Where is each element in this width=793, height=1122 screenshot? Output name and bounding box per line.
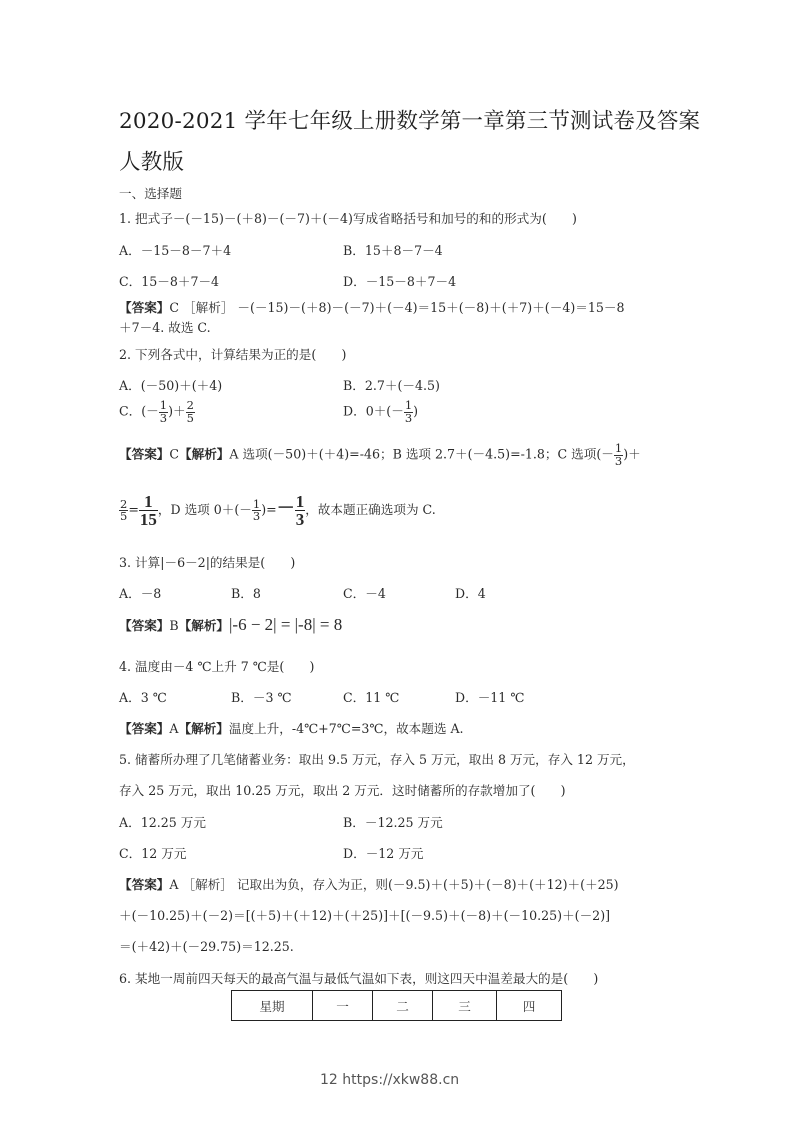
question-5-option-c: C．12 万元 xyxy=(119,843,186,862)
question-1-option-a: A．－15－8－7＋4 xyxy=(119,240,231,259)
question-number: 5. xyxy=(119,752,131,767)
fraction: 13 xyxy=(252,499,261,523)
answer-value: A xyxy=(169,877,178,892)
question-3-option-d: D．4 xyxy=(455,583,486,602)
answer-label: 【答案】 xyxy=(119,300,169,315)
table-cell: 三 xyxy=(433,991,497,1021)
page-footer: 12 https://xkw88.cn xyxy=(320,1072,459,1088)
question-4-option-b: B．－3 ℃ xyxy=(231,687,292,706)
analysis-label: ［解析］ xyxy=(183,877,233,892)
question-5-option-a: A．12.25 万元 xyxy=(119,812,206,831)
analysis-label: ［解析］ xyxy=(183,300,233,315)
question-2-option-a: A．(－50)＋(＋4) xyxy=(119,375,222,394)
question-3-stem: 3. 计算|－6－2|的结果是( ) xyxy=(119,552,295,571)
table-header-row: 星期 一 二 三 四 xyxy=(232,991,562,1021)
question-5-answer: 【答案】A ［解析］ 记取出为负，存入为正，则(－9.5)＋(＋5)＋(－8)＋… xyxy=(119,874,619,893)
document-title-line2: 人教版 xyxy=(119,145,184,176)
answer-value: C xyxy=(169,300,179,315)
question-1-option-d: D．－15－8＋7－4 xyxy=(343,271,456,290)
question-2-option-b: B．2.7＋(－4.5) xyxy=(343,375,440,394)
question-text: 温度由－4 ℃上升 7 ℃是( ) xyxy=(135,659,314,674)
question-5-option-d: D．－12 万元 xyxy=(343,843,424,862)
answer-value: B xyxy=(169,618,178,633)
question-3-option-c: C．－4 xyxy=(343,583,386,602)
question-5-stem: 5. 储蓄所办理了几笔储蓄业务：取出 9.5 万元，存入 5 万元，取出 8 万… xyxy=(119,749,635,768)
analysis-text: －(－15)－(＋8)－(－7)＋(－4)＝15＋(－8)＋(＋7)＋(－4)＝… xyxy=(237,300,624,315)
question-text: 计算|－6－2|的结果是( ) xyxy=(135,555,295,570)
analysis-text: A 选项(－50)＋(＋4)=-46；B 选项 2.7＋(－4.5)=-1.8；… xyxy=(229,447,613,462)
question-number: 2. xyxy=(119,347,131,362)
answer-label: 【答案】 xyxy=(119,721,169,736)
question-number: 6. xyxy=(119,971,131,986)
question-3-option-b: B．8 xyxy=(231,583,261,602)
table-cell: 四 xyxy=(497,991,562,1021)
question-text: 把式子－(－15)－(＋8)－(－7)＋(－4)写成省略括号和加号的和的形式为(… xyxy=(135,211,577,226)
fraction: 25 xyxy=(119,499,128,523)
question-text: 某地一周前四天每天的最高气温与最低气温如下表，则这四天中温差最大的是( ) xyxy=(135,971,598,986)
answer-label: 【答案】 xyxy=(119,877,169,892)
analysis-text: 温度上升，-4℃+7℃=3℃，故本题选 A. xyxy=(229,721,464,736)
section-heading: 一、选择题 xyxy=(119,183,182,202)
table-cell: 星期 xyxy=(232,991,313,1021)
question-3-option-a: A．－8 xyxy=(119,583,161,602)
question-1-answer: 【答案】C ［解析］ －(－15)－(＋8)－(－7)＋(－4)＝15＋(－8)… xyxy=(119,297,624,316)
analysis-label: 【解析】 xyxy=(179,618,229,633)
question-number: 4. xyxy=(119,659,131,674)
fraction: 13 xyxy=(404,400,413,424)
analysis-label: 【解析】 xyxy=(178,721,228,736)
question-5-analysis-line2: ＋(－10.25)＋(－2)＝[(＋5)＋(＋12)＋(＋25)]＋[(－9.5… xyxy=(119,905,610,924)
question-3-answer: 【答案】B【解析】|-6 − 2| = |-8| = 8 xyxy=(119,615,342,635)
answer-label: 【答案】 xyxy=(119,447,169,462)
fraction: 25 xyxy=(186,400,195,424)
question-5-stem-cont: 存入 25 万元，取出 10.25 万元，取出 2 万元．这时储蓄所的存款增加了… xyxy=(119,780,566,799)
question-5-option-b: B．－12.25 万元 xyxy=(343,812,443,831)
fraction: 13 xyxy=(159,400,168,424)
footer-link[interactable]: https://xkw88.cn xyxy=(342,1072,459,1088)
temperature-table: 星期 一 二 三 四 xyxy=(231,990,562,1021)
fraction: 13 xyxy=(295,493,306,528)
question-2-answer: 【答案】C【解析】A 选项(－50)＋(＋4)=-46；B 选项 2.7＋(－4… xyxy=(119,443,641,467)
question-4-option-a: A．3 ℃ xyxy=(119,687,167,706)
question-1-option-b: B．15＋8－7－4 xyxy=(343,240,443,259)
question-2-option-c: C．(－13)＋25 xyxy=(119,400,195,424)
question-4-option-c: C．11 ℃ xyxy=(343,687,399,706)
document-title-line1: 2020-2021 学年七年级上册数学第一章第三节测试卷及答案 xyxy=(119,104,700,135)
question-number: 1. xyxy=(119,211,131,226)
analysis-text: |-6 − 2| = |-8| = 8 xyxy=(229,615,342,634)
question-1-option-c: C．15－8＋7－4 xyxy=(119,271,219,290)
question-5-analysis-line3: ＝(＋42)＋(－29.75)＝12.25. xyxy=(119,936,294,955)
analysis-label: 【解析】 xyxy=(179,447,229,462)
question-number: 3. xyxy=(119,555,131,570)
table-cell: 二 xyxy=(373,991,433,1021)
question-4-option-d: D．－11 ℃ xyxy=(455,687,524,706)
question-2-option-d: D．0＋(－13) xyxy=(343,400,418,424)
answer-label: 【答案】 xyxy=(119,618,169,633)
question-text: 下列各式中，计算结果为正的是( ) xyxy=(135,347,346,362)
question-2-stem: 2. 下列各式中，计算结果为正的是( ) xyxy=(119,344,346,363)
question-6-stem: 6. 某地一周前四天每天的最高气温与最低气温如下表，则这四天中温差最大的是( ) xyxy=(119,968,598,987)
question-4-stem: 4. 温度由－4 ℃上升 7 ℃是( ) xyxy=(119,656,314,675)
question-2-analysis-cont: 25=115，D 选项 0＋(－13)=－13，故本题正确选项为 C. xyxy=(119,493,436,528)
question-1-analysis-cont: ＋7－4. 故选 C. xyxy=(119,317,211,336)
answer-value: C xyxy=(169,447,179,462)
fraction: 115 xyxy=(139,493,158,528)
table-cell: 一 xyxy=(313,991,373,1021)
question-1-stem: 1. 把式子－(－15)－(＋8)－(－7)＋(－4)写成省略括号和加号的和的形… xyxy=(119,208,577,227)
analysis-text: 记取出为负，存入为正，则(－9.5)＋(＋5)＋(－8)＋(＋12)＋(＋25) xyxy=(237,877,619,892)
question-4-answer: 【答案】A【解析】温度上升，-4℃+7℃=3℃，故本题选 A. xyxy=(119,718,464,737)
question-text: 储蓄所办理了几笔储蓄业务：取出 9.5 万元，存入 5 万元，取出 8 万元，存… xyxy=(135,752,635,767)
fraction: 13 xyxy=(614,443,623,467)
page-number: 12 xyxy=(320,1072,338,1088)
